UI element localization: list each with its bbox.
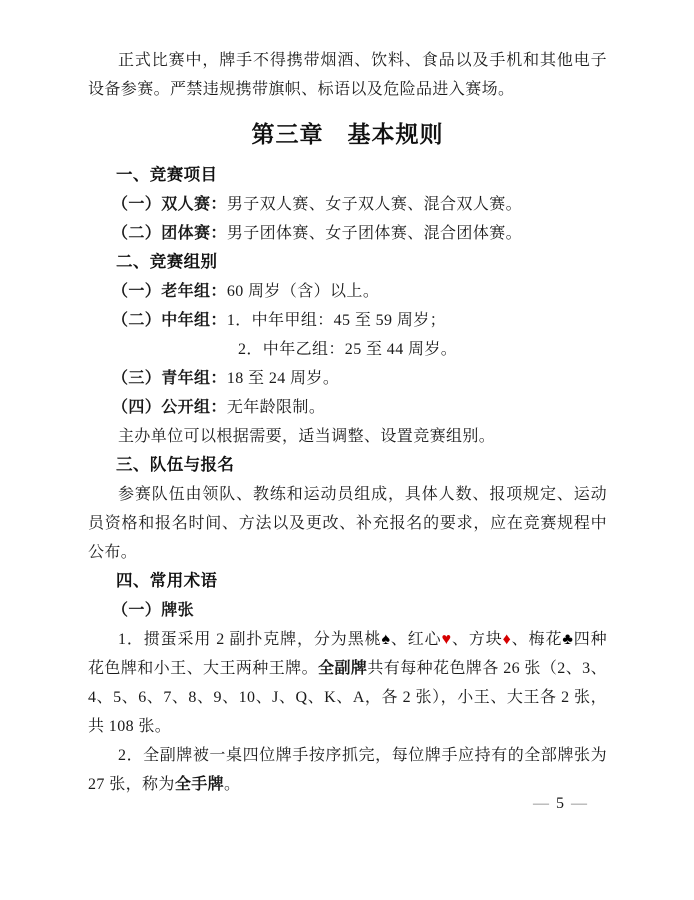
section-heading-competition-events: 一、竞赛项目 [88, 161, 607, 190]
paragraph-text: 、梅花 [512, 631, 563, 648]
diamond-icon: ♦ [503, 631, 512, 648]
chapter-title: 第三章 基本规则 [88, 118, 607, 150]
list-item-open-group: （四）公开组：无年龄限制。 [88, 393, 607, 422]
page-content: 正式比赛中，牌手不得携带烟酒、饮料、食品以及手机和其他电子设备参赛。严禁违规携带… [88, 46, 607, 799]
item-text: 1．中年甲组：45 至 59 周岁； [227, 312, 446, 329]
spade-icon: ♠ [381, 631, 390, 648]
section-heading-common-terms: 四、常用术语 [88, 567, 607, 596]
heart-icon: ♥ [442, 631, 452, 648]
item-label: （一）牌张 [112, 602, 194, 619]
item-text: 18 至 24 周岁。 [227, 370, 339, 387]
footer-number: 5 [556, 795, 564, 812]
paragraph-text: 。 [224, 776, 240, 793]
item-text: 男子双人赛、女子双人赛、混合双人赛。 [227, 196, 522, 213]
club-icon: ♣ [562, 631, 573, 648]
page-number: —5— [526, 793, 594, 815]
cards-paragraph-2: 2．全副牌被一桌四位牌手按序抓完，每位牌手应持有的全部牌张为 27 张，称为全手… [88, 741, 607, 799]
item-label: （二）团体赛： [112, 225, 227, 242]
item-label: （四）公开组： [112, 399, 227, 416]
paragraph-text: 、方块 [452, 631, 503, 648]
paragraph-text: 2．全副牌被一桌四位牌手按序抓完，每位牌手应持有的全部牌张为 27 张，称为 [88, 747, 607, 793]
list-item-middle-group: （二）中年组：1．中年甲组：45 至 59 周岁； [88, 306, 607, 335]
item-label: （一）双人赛： [112, 196, 227, 213]
footer-left-dash: — [526, 795, 556, 812]
paragraph-text: 、红心 [391, 631, 442, 648]
registration-paragraph: 参赛队伍由领队、教练和运动员组成，具体人数、报项规定、运动员资格和报名时间、方法… [88, 480, 607, 567]
item-text: 60 周岁（含）以上。 [227, 283, 379, 300]
item-text: 男子团体赛、女子团体赛、混合团体赛。 [227, 225, 522, 242]
section-heading-teams-registration: 三、队伍与报名 [88, 451, 607, 480]
item-label: （三）青年组： [112, 370, 227, 387]
item-label: （二）中年组： [112, 312, 227, 329]
list-item-pairs: （一）双人赛：男子双人赛、女子双人赛、混合双人赛。 [88, 190, 607, 219]
term-full-hand: 全手牌 [175, 776, 224, 793]
document-page: 正式比赛中，牌手不得携带烟酒、饮料、食品以及手机和其他电子设备参赛。严禁违规携带… [0, 0, 694, 900]
list-item-youth-group: （三）青年组：18 至 24 周岁。 [88, 364, 607, 393]
item-text: 无年龄限制。 [227, 399, 325, 416]
group-note-paragraph: 主办单位可以根据需要，适当调整、设置竞赛组别。 [88, 422, 607, 451]
section-heading-competition-groups: 二、竞赛组别 [88, 248, 607, 277]
footer-right-dash: — [564, 795, 594, 812]
term-full-deck: 全副牌 [318, 660, 367, 677]
cards-paragraph-1: 1．掼蛋采用 2 副扑克牌，分为黑桃♠、红心♥、方块♦、梅花♣四种花色牌和小王、… [88, 625, 607, 741]
paragraph-text: 1．掼蛋采用 2 副扑克牌，分为黑桃 [118, 631, 381, 648]
list-item-senior-group: （一）老年组：60 周岁（含）以上。 [88, 277, 607, 306]
list-item-middle-group-b: 2．中年乙组：25 至 44 周岁。 [88, 335, 607, 364]
item-text: 2．中年乙组：25 至 44 周岁。 [238, 341, 457, 358]
subsection-cards-label: （一）牌张 [88, 596, 607, 625]
list-item-teams: （二）团体赛：男子团体赛、女子团体赛、混合团体赛。 [88, 219, 607, 248]
item-label: （一）老年组： [112, 283, 227, 300]
intro-paragraph: 正式比赛中，牌手不得携带烟酒、饮料、食品以及手机和其他电子设备参赛。严禁违规携带… [88, 46, 607, 104]
